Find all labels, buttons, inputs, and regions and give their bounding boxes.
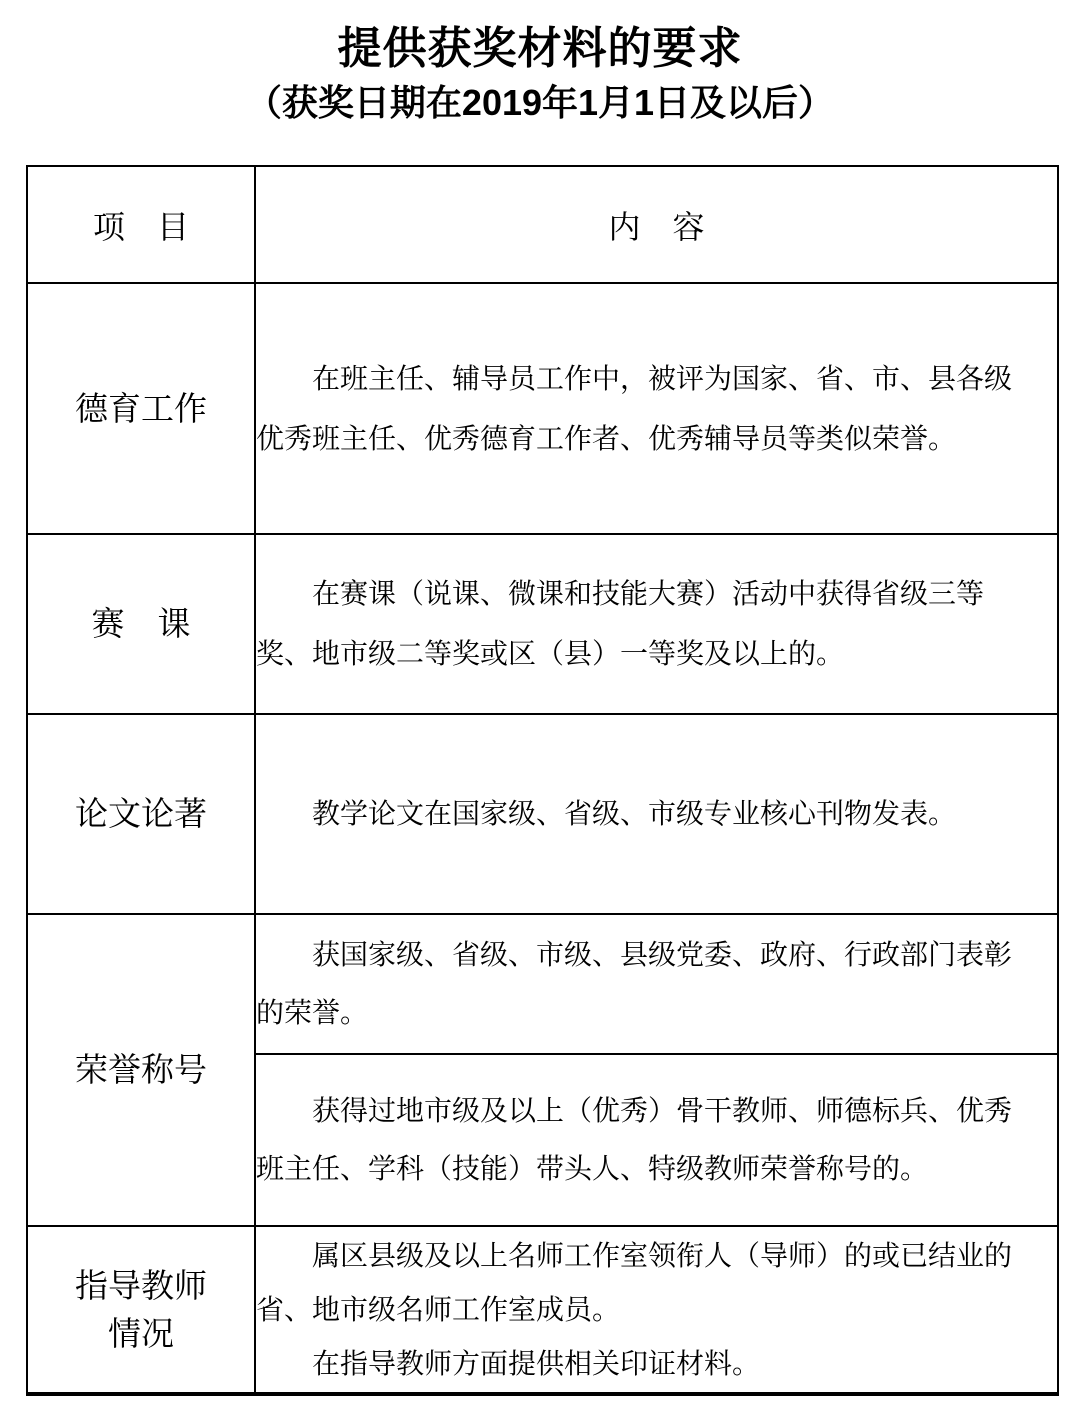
- table-row-advisor: 指导教师 情况 属区县级及以上名师工作室领衔人（导师）的或已结业的 省、地市级名…: [27, 1226, 1058, 1394]
- paragraph-lesson-competition: 在赛课（说课、微课和技能大赛）活动中获得省级三等 奖、地市级二等奖或区（县）一等…: [256, 564, 1057, 684]
- paragraph-honorary-title-b: 获得过地市级及以上（优秀）骨干教师、师德标兵、优秀 班主任、学科（技能）带头人、…: [256, 1082, 1057, 1198]
- paragraph-advisor-2: 在指导教师方面提供相关印证材料。: [256, 1337, 1057, 1391]
- header-cell-item: 项 目: [27, 166, 255, 283]
- row-label-papers: 论文论著: [27, 714, 255, 914]
- page-title: 提供获奖材料的要求: [0, 22, 1080, 76]
- row-label-advisor: 指导教师 情况: [27, 1226, 255, 1394]
- header-cell-content: 内 容: [255, 166, 1058, 283]
- table-row-lesson-competition: 赛 课 在赛课（说课、微课和技能大赛）活动中获得省级三等 奖、地市级二等奖或区（…: [27, 534, 1058, 714]
- paragraph-advisor-1: 属区县级及以上名师工作室领衔人（导师）的或已结业的 省、地市级名师工作室成员。: [256, 1229, 1057, 1337]
- paragraph-papers: 教学论文在国家级、省级、市级专业核心刊物发表。: [256, 784, 1057, 844]
- row-content-honorary-title-a: 获国家级、省级、市级、县级党委、政府、行政部门表彰 的荣誉。: [255, 914, 1058, 1054]
- table-header-row: 项 目 内 容: [27, 166, 1058, 283]
- page-subtitle: （获奖日期在2019年1月1日及以后）: [0, 80, 1080, 126]
- row-content-papers: 教学论文在国家级、省级、市级专业核心刊物发表。: [255, 714, 1058, 914]
- table-row-papers: 论文论著 教学论文在国家级、省级、市级专业核心刊物发表。: [27, 714, 1058, 914]
- table-row-moral-education: 德育工作 在班主任、辅导员工作中，被评为国家、省、市、县各级 优秀班主任、优秀德…: [27, 283, 1058, 534]
- awards-requirements-table: 项 目 内 容 德育工作 在班主任、辅导员工作中，被评为国家、省、市、县各级 优…: [26, 165, 1059, 1396]
- row-label-lesson-competition: 赛 课: [27, 534, 255, 714]
- paragraph-moral-education: 在班主任、辅导员工作中，被评为国家、省、市、县各级 优秀班主任、优秀德育工作者、…: [256, 349, 1057, 469]
- row-content-lesson-competition: 在赛课（说课、微课和技能大赛）活动中获得省级三等 奖、地市级二等奖或区（县）一等…: [255, 534, 1058, 714]
- row-label-moral-education: 德育工作: [27, 283, 255, 534]
- table-row-honorary-title-a: 荣誉称号 获国家级、省级、市级、县级党委、政府、行政部门表彰 的荣誉。: [27, 914, 1058, 1054]
- document-page: 提供获奖材料的要求 （获奖日期在2019年1月1日及以后） 项 目 内 容 德育…: [0, 0, 1080, 1413]
- paragraph-honorary-title-a: 获国家级、省级、市级、县级党委、政府、行政部门表彰 的荣誉。: [256, 926, 1057, 1042]
- row-content-moral-education: 在班主任、辅导员工作中，被评为国家、省、市、县各级 优秀班主任、优秀德育工作者、…: [255, 283, 1058, 534]
- row-label-honorary-title: 荣誉称号: [27, 914, 255, 1226]
- row-content-advisor: 属区县级及以上名师工作室领衔人（导师）的或已结业的 省、地市级名师工作室成员。 …: [255, 1226, 1058, 1394]
- row-content-honorary-title-b: 获得过地市级及以上（优秀）骨干教师、师德标兵、优秀 班主任、学科（技能）带头人、…: [255, 1054, 1058, 1226]
